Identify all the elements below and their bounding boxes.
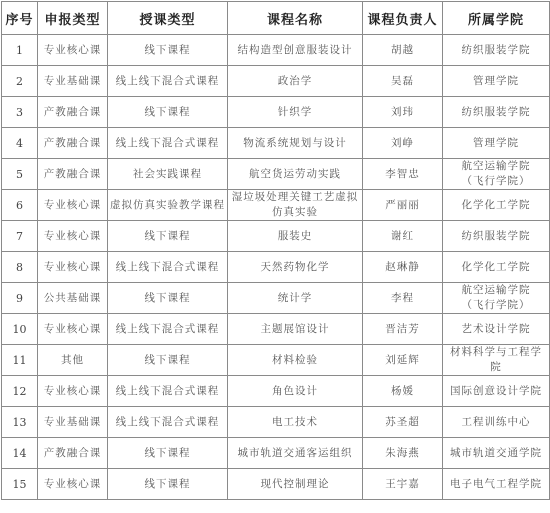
application-type-cell: 产教融合课 bbox=[38, 438, 108, 469]
application-type-cell: 专业基础课 bbox=[38, 407, 108, 438]
application-type-cell: 专业核心课 bbox=[38, 469, 108, 500]
application-type-cell: 专业核心课 bbox=[38, 252, 108, 283]
course-lead-cell: 刘玮 bbox=[363, 97, 443, 128]
serial-number-cell: 4 bbox=[2, 128, 38, 159]
application-type-cell: 产教融合课 bbox=[38, 128, 108, 159]
application-type-cell: 专业基础课 bbox=[38, 66, 108, 97]
course-name-cell: 针织学 bbox=[228, 97, 363, 128]
serial-number-cell: 8 bbox=[2, 252, 38, 283]
application-type-cell: 产教融合课 bbox=[38, 159, 108, 190]
teaching-mode-cell: 线上线下混合式课程 bbox=[108, 66, 228, 97]
college-cell: 电子电气工程学院 bbox=[443, 469, 550, 500]
course-name-cell: 现代控制理论 bbox=[228, 469, 363, 500]
course-lead-cell: 谢红 bbox=[363, 221, 443, 252]
college-cell: 城市轨道交通学院 bbox=[443, 438, 550, 469]
table-row: 7专业核心课线下课程服装史谢红纺织服装学院 bbox=[2, 221, 550, 252]
college-cell: 国际创意设计学院 bbox=[443, 376, 550, 407]
table-row: 2专业基础课线上线下混合式课程政治学吴磊管理学院 bbox=[2, 66, 550, 97]
teaching-mode-cell: 线下课程 bbox=[108, 97, 228, 128]
serial-number-cell: 9 bbox=[2, 283, 38, 314]
table-row: 5产教融合课社会实践课程航空货运劳动实践李智忠航空运输学院（飞行学院） bbox=[2, 159, 550, 190]
serial-number-cell: 13 bbox=[2, 407, 38, 438]
college-cell: 纺织服装学院 bbox=[443, 97, 550, 128]
college-cell: 航空运输学院（飞行学院） bbox=[443, 159, 550, 190]
serial-number-cell: 15 bbox=[2, 469, 38, 500]
serial-number-cell: 11 bbox=[2, 345, 38, 376]
course-name-cell: 统计学 bbox=[228, 283, 363, 314]
serial-number-cell: 3 bbox=[2, 97, 38, 128]
course-lead-cell: 胡越 bbox=[363, 35, 443, 66]
course-lead-cell: 刘峥 bbox=[363, 128, 443, 159]
course-lead-cell: 吴磊 bbox=[363, 66, 443, 97]
college-cell: 材料科学与工程学院 bbox=[443, 345, 550, 376]
course-list-table: 序号 申报类型 授课类型 课程名称 课程负责人 所属学院 1专业核心课线下课程结… bbox=[1, 1, 550, 500]
teaching-mode-cell: 线下课程 bbox=[108, 345, 228, 376]
table-row: 14产教融合课线下课程城市轨道交通客运组织朱海燕城市轨道交通学院 bbox=[2, 438, 550, 469]
teaching-mode-cell: 线上线下混合式课程 bbox=[108, 128, 228, 159]
teaching-mode-cell: 线下课程 bbox=[108, 35, 228, 66]
college-cell: 管理学院 bbox=[443, 66, 550, 97]
course-name-cell: 结构造型创意服装设计 bbox=[228, 35, 363, 66]
course-name-cell: 物流系统规划与设计 bbox=[228, 128, 363, 159]
college-cell-line2: （飞行学院） bbox=[445, 298, 547, 313]
course-name-cell-line2: 仿真实验 bbox=[230, 205, 360, 220]
table-row: 1专业核心课线下课程结构造型创意服装设计胡越纺织服装学院 bbox=[2, 35, 550, 66]
application-type-cell: 产教融合课 bbox=[38, 97, 108, 128]
course-name-cell: 主题展馆设计 bbox=[228, 314, 363, 345]
header-serial-number: 序号 bbox=[2, 2, 38, 35]
application-type-cell: 专业核心课 bbox=[38, 314, 108, 345]
header-application-type: 申报类型 bbox=[38, 2, 108, 35]
teaching-mode-cell: 线下课程 bbox=[108, 438, 228, 469]
table-row: 9公共基础课线下课程统计学李程航空运输学院（飞行学院） bbox=[2, 283, 550, 314]
course-name-cell: 角色设计 bbox=[228, 376, 363, 407]
teaching-mode-cell: 线下课程 bbox=[108, 283, 228, 314]
teaching-mode-cell: 线上线下混合式课程 bbox=[108, 314, 228, 345]
course-name-cell: 政治学 bbox=[228, 66, 363, 97]
header-college: 所属学院 bbox=[443, 2, 550, 35]
table-row: 13专业基础课线上线下混合式课程电工技术苏圣超工程训练中心 bbox=[2, 407, 550, 438]
serial-number-cell: 1 bbox=[2, 35, 38, 66]
application-type-cell: 专业核心课 bbox=[38, 35, 108, 66]
table-body: 1专业核心课线下课程结构造型创意服装设计胡越纺织服装学院2专业基础课线上线下混合… bbox=[2, 35, 550, 500]
course-name-cell: 服装史 bbox=[228, 221, 363, 252]
college-cell: 化学化工学院 bbox=[443, 252, 550, 283]
teaching-mode-cell: 线下课程 bbox=[108, 469, 228, 500]
header-course-name: 课程名称 bbox=[228, 2, 363, 35]
table-row: 12专业核心课线上线下混合式课程角色设计杨媛国际创意设计学院 bbox=[2, 376, 550, 407]
serial-number-cell: 7 bbox=[2, 221, 38, 252]
course-name-cell: 天然药物化学 bbox=[228, 252, 363, 283]
teaching-mode-cell: 线上线下混合式课程 bbox=[108, 252, 228, 283]
teaching-mode-cell: 线上线下混合式课程 bbox=[108, 407, 228, 438]
course-lead-cell: 严丽丽 bbox=[363, 190, 443, 221]
serial-number-cell: 2 bbox=[2, 66, 38, 97]
course-lead-cell: 晋洁芳 bbox=[363, 314, 443, 345]
course-lead-cell: 苏圣超 bbox=[363, 407, 443, 438]
course-lead-cell: 王宇嘉 bbox=[363, 469, 443, 500]
course-name-cell: 材料检验 bbox=[228, 345, 363, 376]
course-lead-cell: 朱海燕 bbox=[363, 438, 443, 469]
college-cell: 化学化工学院 bbox=[443, 190, 550, 221]
application-type-cell: 专业核心课 bbox=[38, 376, 108, 407]
course-name-cell: 湿垃圾处理关键工艺虚拟仿真实验 bbox=[228, 190, 363, 221]
serial-number-cell: 5 bbox=[2, 159, 38, 190]
table-row: 4产教融合课线上线下混合式课程物流系统规划与设计刘峥管理学院 bbox=[2, 128, 550, 159]
college-cell-line2: （飞行学院） bbox=[445, 174, 547, 189]
college-cell: 工程训练中心 bbox=[443, 407, 550, 438]
table-row: 10专业核心课线上线下混合式课程主题展馆设计晋洁芳艺术设计学院 bbox=[2, 314, 550, 345]
course-lead-cell: 李程 bbox=[363, 283, 443, 314]
serial-number-cell: 10 bbox=[2, 314, 38, 345]
serial-number-cell: 14 bbox=[2, 438, 38, 469]
table-row: 3产教融合课线下课程针织学刘玮纺织服装学院 bbox=[2, 97, 550, 128]
college-cell: 航空运输学院（飞行学院） bbox=[443, 283, 550, 314]
course-lead-cell: 赵琳静 bbox=[363, 252, 443, 283]
college-cell: 艺术设计学院 bbox=[443, 314, 550, 345]
college-cell-line1: 航空运输学院 bbox=[445, 283, 547, 298]
application-type-cell: 专业核心课 bbox=[38, 221, 108, 252]
course-lead-cell: 刘延辉 bbox=[363, 345, 443, 376]
course-lead-cell: 李智忠 bbox=[363, 159, 443, 190]
college-cell: 纺织服装学院 bbox=[443, 221, 550, 252]
course-name-cell: 电工技术 bbox=[228, 407, 363, 438]
college-cell: 纺织服装学院 bbox=[443, 35, 550, 66]
table-header-row: 序号 申报类型 授课类型 课程名称 课程负责人 所属学院 bbox=[2, 2, 550, 35]
course-name-cell: 城市轨道交通客运组织 bbox=[228, 438, 363, 469]
teaching-mode-cell: 社会实践课程 bbox=[108, 159, 228, 190]
course-name-cell-line1: 湿垃圾处理关键工艺虚拟 bbox=[230, 190, 360, 205]
course-name-cell: 航空货运劳动实践 bbox=[228, 159, 363, 190]
table-row: 8专业核心课线上线下混合式课程天然药物化学赵琳静化学化工学院 bbox=[2, 252, 550, 283]
teaching-mode-cell: 线上线下混合式课程 bbox=[108, 376, 228, 407]
college-cell-line1: 航空运输学院 bbox=[445, 159, 547, 174]
serial-number-cell: 6 bbox=[2, 190, 38, 221]
application-type-cell: 专业核心课 bbox=[38, 190, 108, 221]
header-course-lead: 课程负责人 bbox=[363, 2, 443, 35]
teaching-mode-cell: 虚拟仿真实验教学课程 bbox=[108, 190, 228, 221]
course-lead-cell: 杨媛 bbox=[363, 376, 443, 407]
header-teaching-mode: 授课类型 bbox=[108, 2, 228, 35]
application-type-cell: 公共基础课 bbox=[38, 283, 108, 314]
college-cell: 管理学院 bbox=[443, 128, 550, 159]
table-row: 15专业核心课线下课程现代控制理论王宇嘉电子电气工程学院 bbox=[2, 469, 550, 500]
application-type-cell: 其他 bbox=[38, 345, 108, 376]
teaching-mode-cell: 线下课程 bbox=[108, 221, 228, 252]
table-row: 6专业核心课虚拟仿真实验教学课程湿垃圾处理关键工艺虚拟仿真实验严丽丽化学化工学院 bbox=[2, 190, 550, 221]
serial-number-cell: 12 bbox=[2, 376, 38, 407]
table-row: 11其他线下课程材料检验刘延辉材料科学与工程学院 bbox=[2, 345, 550, 376]
